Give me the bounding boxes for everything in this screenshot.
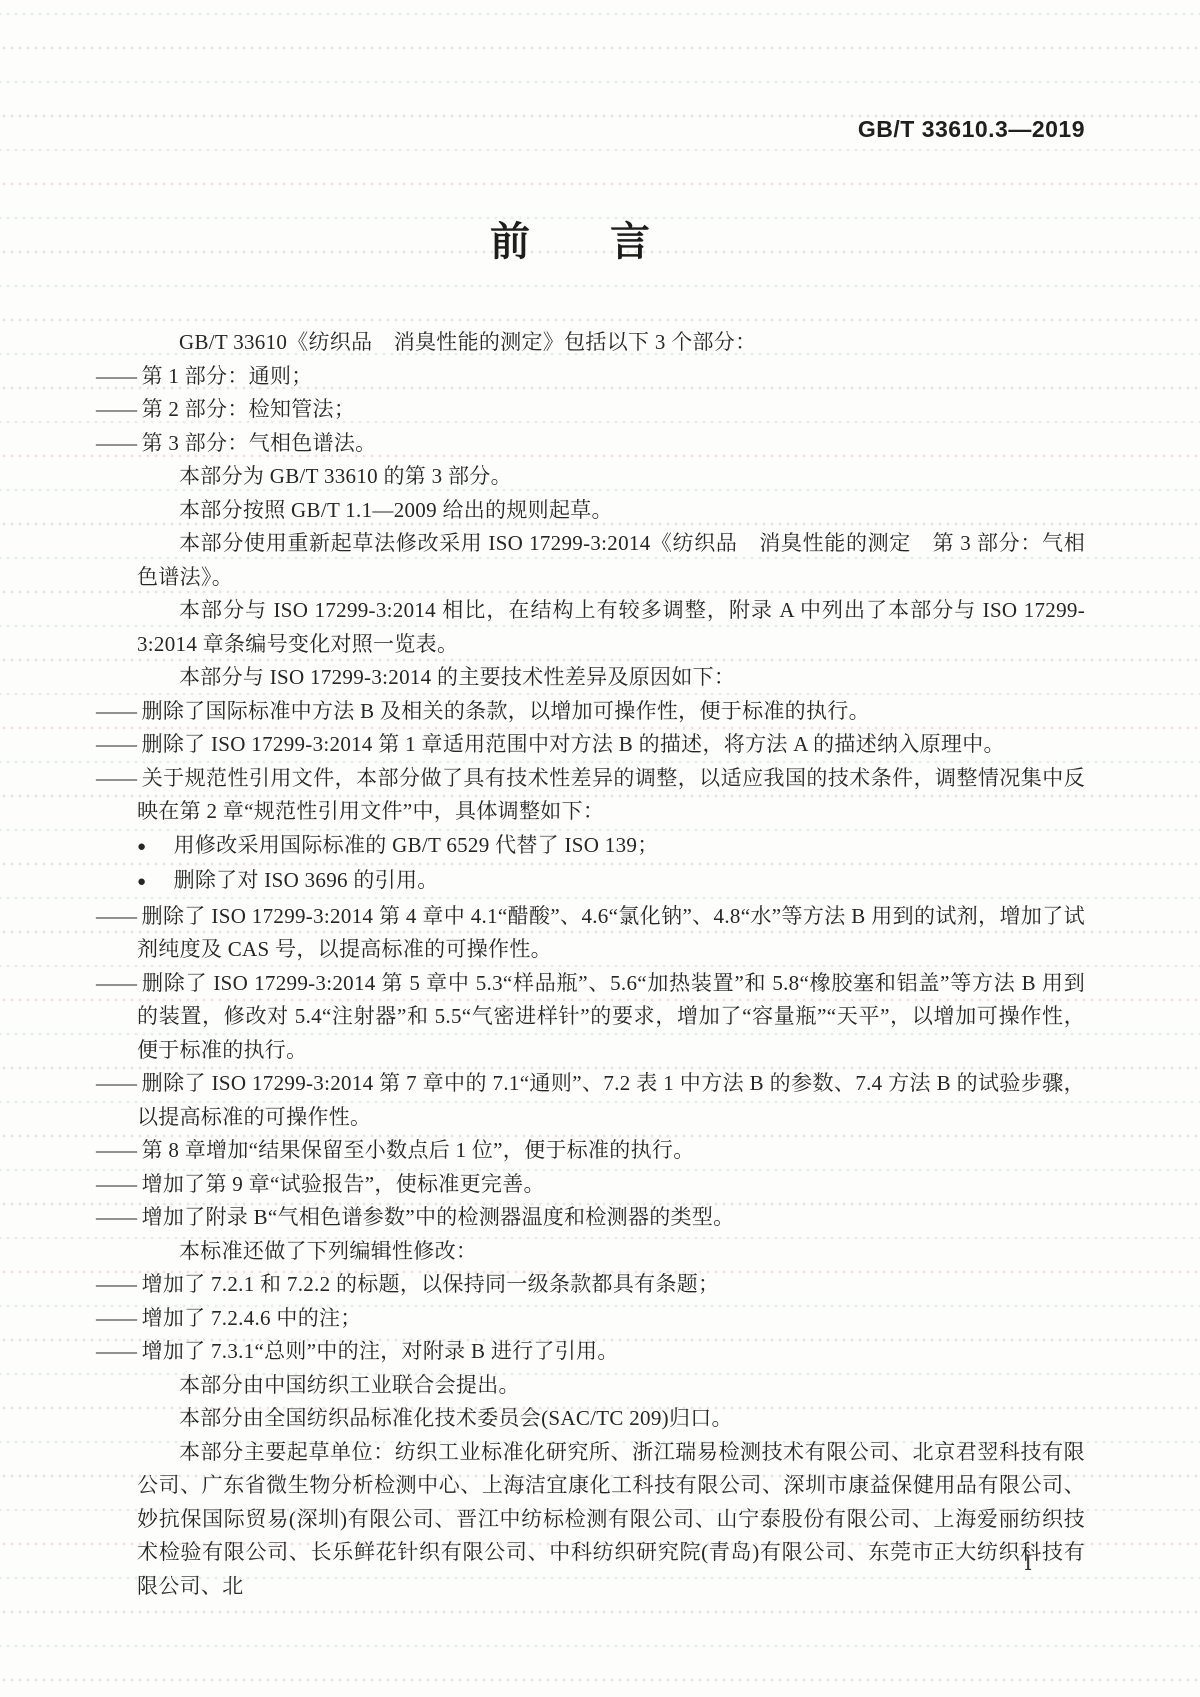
dash-marker: —— xyxy=(96,431,136,455)
foreword-line: 本部分按照 GB/T 1.1—2009 给出的规则起草。 xyxy=(137,494,1085,528)
line-text: 删除了国际标准中方法 B 及相关的条款，以增加可操作性，便于标准的执行。 xyxy=(142,699,870,723)
foreword-line: —— 删除了 ISO 17299-3:2014 第 1 章适用范围中对方法 B … xyxy=(137,728,1085,762)
foreword-line: —— 增加了 7.2.4.6 中的注； xyxy=(137,1302,1085,1336)
dash-marker: —— xyxy=(96,1138,136,1162)
foreword-line: —— 第 8 章增加“结果保留至小数点后 1 位”，便于标准的执行。 xyxy=(137,1134,1085,1168)
line-text: 增加了 7.3.1“总则”中的注，对附录 B 进行了引用。 xyxy=(142,1339,619,1363)
line-text: 增加了 7.2.1 和 7.2.2 的标题，以保持同一级条款都具有条题； xyxy=(142,1272,720,1296)
line-text: 增加了第 9 章“试验报告”，使标准更完善。 xyxy=(142,1172,545,1196)
line-text: 本部分按照 GB/T 1.1—2009 给出的规则起草。 xyxy=(179,498,613,522)
line-text: 本部分与 ISO 17299-3:2014 相比，在结构上有较多调整，附录 A … xyxy=(137,598,1085,656)
line-text: 删除了 ISO 17299-3:2014 第 7 章中的 7.1“通则”、7.2… xyxy=(137,1071,1085,1129)
line-text: 本部分由中国纺织工业联合会提出。 xyxy=(179,1373,520,1397)
line-text: 增加了 7.2.4.6 中的注； xyxy=(142,1306,362,1330)
dash-marker: —— xyxy=(96,766,136,790)
line-text: 本部分主要起草单位：纺织工业标准化研究所、浙江瑞易检测技术有限公司、北京君翌科技… xyxy=(137,1440,1085,1598)
line-text: 关于规范性引用文件，本部分做了具有技术性差异的调整，以适应我国的技术条件，调整情… xyxy=(137,766,1085,824)
foreword-line: 本部分与 ISO 17299-3:2014 相比，在结构上有较多调整，附录 A … xyxy=(137,594,1085,661)
line-text: 删除了 ISO 17299-3:2014 第 5 章中 5.3“样品瓶”、5.6… xyxy=(137,971,1085,1062)
foreword-line: 本标准还做了下列编辑性修改： xyxy=(137,1235,1085,1269)
foreword-line: 本部分为 GB/T 33610 的第 3 部分。 xyxy=(137,460,1085,494)
bullet-icon: ● xyxy=(137,831,168,865)
foreword-line: —— 增加了附录 B“气相色谱参数”中的检测器温度和检测器的类型。 xyxy=(137,1201,1085,1235)
foreword-line: 本部分由全国纺织品标准化技术委员会(SAC/TC 209)归口。 xyxy=(137,1402,1085,1436)
foreword-line: —— 删除了 ISO 17299-3:2014 第 5 章中 5.3“样品瓶”、… xyxy=(137,967,1085,1068)
dash-marker: —— xyxy=(96,1071,136,1095)
page-number: Ⅰ xyxy=(1024,1551,1032,1576)
dash-marker: —— xyxy=(96,971,136,995)
foreword-line: 本部分与 ISO 17299-3:2014 的主要技术性差异及原因如下： xyxy=(137,661,1085,695)
foreword-line: —— 第 3 部分：气相色谱法。 xyxy=(137,427,1085,461)
foreword-line: —— 删除了国际标准中方法 B 及相关的条款，以增加可操作性，便于标准的执行。 xyxy=(137,695,1085,729)
foreword-line: 本部分由中国纺织工业联合会提出。 xyxy=(137,1369,1085,1403)
foreword-line: —— 增加了 7.2.1 和 7.2.2 的标题，以保持同一级条款都具有条题； xyxy=(137,1268,1085,1302)
foreword-line: —— 第 1 部分：通则； xyxy=(137,360,1085,394)
foreword-line: —— 删除了 ISO 17299-3:2014 第 7 章中的 7.1“通则”、… xyxy=(137,1067,1085,1134)
foreword-line: ● 删除了对 ISO 3696 的引用。 xyxy=(137,864,1085,900)
line-text: 删除了 ISO 17299-3:2014 第 4 章中 4.1“醋酸”、4.6“… xyxy=(137,904,1085,962)
dash-marker: —— xyxy=(96,364,136,388)
dash-marker: —— xyxy=(96,1172,136,1196)
dash-marker: —— xyxy=(96,1205,136,1229)
line-text: 第 1 部分：通则； xyxy=(142,364,313,388)
foreword-line: GB/T 33610《纺织品 消臭性能的测定》包括以下 3 个部分： xyxy=(137,326,1085,360)
line-text: 本部分与 ISO 17299-3:2014 的主要技术性差异及原因如下： xyxy=(179,665,735,689)
standard-number: GB/T 33610.3—2019 xyxy=(858,116,1085,143)
dash-marker: —— xyxy=(96,397,136,421)
foreword-line: —— 增加了第 9 章“试验报告”，使标准更完善。 xyxy=(137,1168,1085,1202)
line-text: 本部分为 GB/T 33610 的第 3 部分。 xyxy=(179,464,512,488)
foreword-line: 本部分主要起草单位：纺织工业标准化研究所、浙江瑞易检测技术有限公司、北京君翌科技… xyxy=(137,1436,1085,1604)
dash-marker: —— xyxy=(96,699,136,723)
dash-marker: —— xyxy=(96,904,136,928)
foreword-line: —— 删除了 ISO 17299-3:2014 第 4 章中 4.1“醋酸”、4… xyxy=(137,900,1085,967)
bullet-icon: ● xyxy=(137,866,168,900)
line-text: 删除了对 ISO 3696 的引用。 xyxy=(174,868,439,892)
line-text: 第 8 章增加“结果保留至小数点后 1 位”，便于标准的执行。 xyxy=(142,1138,695,1162)
foreword-content: GB/T 33610《纺织品 消臭性能的测定》包括以下 3 个部分： —— 第 … xyxy=(137,326,1085,1603)
line-text: 本标准还做了下列编辑性修改： xyxy=(179,1239,477,1263)
dash-marker: —— xyxy=(96,1339,136,1363)
foreword-line: 本部分使用重新起草法修改采用 ISO 17299-3:2014《纺织品 消臭性能… xyxy=(137,527,1085,594)
foreword-line: —— 增加了 7.3.1“总则”中的注，对附录 B 进行了引用。 xyxy=(137,1335,1085,1369)
line-text: 本部分由全国纺织品标准化技术委员会(SAC/TC 209)归口。 xyxy=(179,1406,733,1430)
foreword-line: —— 关于规范性引用文件，本部分做了具有技术性差异的调整，以适应我国的技术条件，… xyxy=(137,762,1085,829)
foreword-line: ● 用修改采用国际标准的 GB/T 6529 代替了 ISO 139； xyxy=(137,829,1085,865)
line-text: 第 3 部分：气相色谱法。 xyxy=(142,431,377,455)
dash-marker: —— xyxy=(96,732,136,756)
line-text: 第 2 部分：检知管法； xyxy=(142,397,356,421)
line-text: 用修改采用国际标准的 GB/T 6529 代替了 ISO 139； xyxy=(174,833,659,857)
foreword-line: —— 第 2 部分：检知管法； xyxy=(137,393,1085,427)
page-title: 前 言 xyxy=(0,210,1140,267)
dash-marker: —— xyxy=(96,1306,136,1330)
line-text: GB/T 33610《纺织品 消臭性能的测定》包括以下 3 个部分： xyxy=(179,330,756,354)
dash-marker: —— xyxy=(96,1272,136,1296)
line-text: 增加了附录 B“气相色谱参数”中的检测器温度和检测器的类型。 xyxy=(142,1205,735,1229)
line-text: 删除了 ISO 17299-3:2014 第 1 章适用范围中对方法 B 的描述… xyxy=(142,732,1005,756)
line-text: 本部分使用重新起草法修改采用 ISO 17299-3:2014《纺织品 消臭性能… xyxy=(137,531,1085,589)
